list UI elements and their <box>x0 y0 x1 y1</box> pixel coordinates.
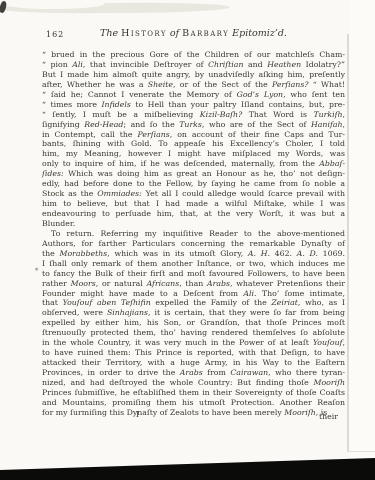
text-line: to fancy the Bulk of their firſt and moſ… <box>42 269 345 279</box>
text-line: Founder might have made to a Deſcent fro… <box>42 289 345 299</box>
body-text-block: “ brued in the precious Gore of the Chil… <box>42 50 345 418</box>
page-right-edge-line <box>347 34 349 452</box>
text-line: Authors, for farther Particulars concern… <box>42 239 345 249</box>
page-header: 162 The History of Barbary Epitomiz’d. <box>42 28 345 41</box>
text-line: “ pion Ali, that invincible Deſtroyer of… <box>42 60 345 70</box>
text-line: Stock as the Ommiades: Yet all I could a… <box>42 189 345 199</box>
text-line: endeavouring to perſuade him, that, at t… <box>42 209 345 219</box>
running-title-segment: Epitomiz’d. <box>229 28 287 39</box>
text-line: the Morabbeths, which was in its utmoſt … <box>42 249 345 259</box>
text-line: bants, ſhining with Gold. To appeaſe his… <box>42 139 345 149</box>
text-line: him, my Meaning, however I might have mi… <box>42 149 345 159</box>
text-line: in the whole Country, it was very much i… <box>42 338 345 348</box>
text-line: and Mountains, promiſing them his utmoſt… <box>42 398 345 408</box>
text-line: that Youſouf aben Teſhifin expelled the … <box>42 298 345 308</box>
text-line: ſtrenuouſly protected them, tho’ having … <box>42 328 345 338</box>
text-line: ſides: Which was doing him as great an H… <box>42 169 345 179</box>
text-line: expelled by either him, his Son, or Gran… <box>42 318 345 328</box>
text-line: I ſhall only remark of them another Inſt… <box>42 259 345 269</box>
text-line: “ brued in the precious Gore of the Chil… <box>42 50 345 60</box>
margin-speck: * <box>35 267 39 275</box>
text-line: Princes ſubmiſſive, he eſtabliſhed them … <box>42 388 345 398</box>
running-title-segment: of <box>167 28 182 39</box>
text-line: “ ſently, I muſt be a miſbelieving Kizil… <box>42 110 345 120</box>
text-line: “ times more Infidels to Hell than your … <box>42 100 345 110</box>
text-line: obſerved, were Sinhajians, it is certain… <box>42 308 345 318</box>
text-line: “ ſaid he; Cannot I venerate the Memory … <box>42 90 345 100</box>
page-right-margin-area <box>349 0 375 480</box>
text-line: To return. Referring my inquiſitive Read… <box>42 229 345 239</box>
text-line: him to believe, but that I had made a wi… <box>42 199 345 209</box>
text-line: in Contempt, call the Perſians, on accou… <box>42 130 345 140</box>
text-line: But I made him almoſt quite angry, by un… <box>42 70 345 80</box>
page-bottom-right-edge-line <box>347 451 375 452</box>
text-line: only to inquire of him, if he was deſcen… <box>42 159 345 169</box>
scanned-book-page: * 162 The History of Barbary Epitomiz’d.… <box>0 0 375 480</box>
text-line: nized, and had deſtroyed the whole Count… <box>42 378 345 388</box>
scan-bottom-black-bar <box>0 458 375 480</box>
text-line: attacked their Territory, with a huge Ar… <box>42 358 345 368</box>
catchword: their <box>238 412 338 421</box>
text-line: ſignifying Red-Head; and ſo the Turks, w… <box>42 120 345 130</box>
running-title-segment: History <box>121 28 167 39</box>
text-line: rather Moors, or natural Africans, than … <box>42 279 345 289</box>
running-title-segment: Barbary <box>182 28 229 39</box>
text-line: to have ruined them: This Prince is repo… <box>42 348 345 358</box>
running-title: The History of Barbary Epitomiz’d. <box>42 28 345 39</box>
text-line: edly, had before done to the Fellow, by … <box>42 179 345 189</box>
running-title-segment: The <box>100 28 121 39</box>
signature-mark: I <box>136 410 139 419</box>
text-line: Blunder. <box>42 219 345 229</box>
text-line: Provinces, in order to drive the Arabs f… <box>42 368 345 378</box>
text-line: after, Whether he was a Sheite, or of th… <box>42 80 345 90</box>
